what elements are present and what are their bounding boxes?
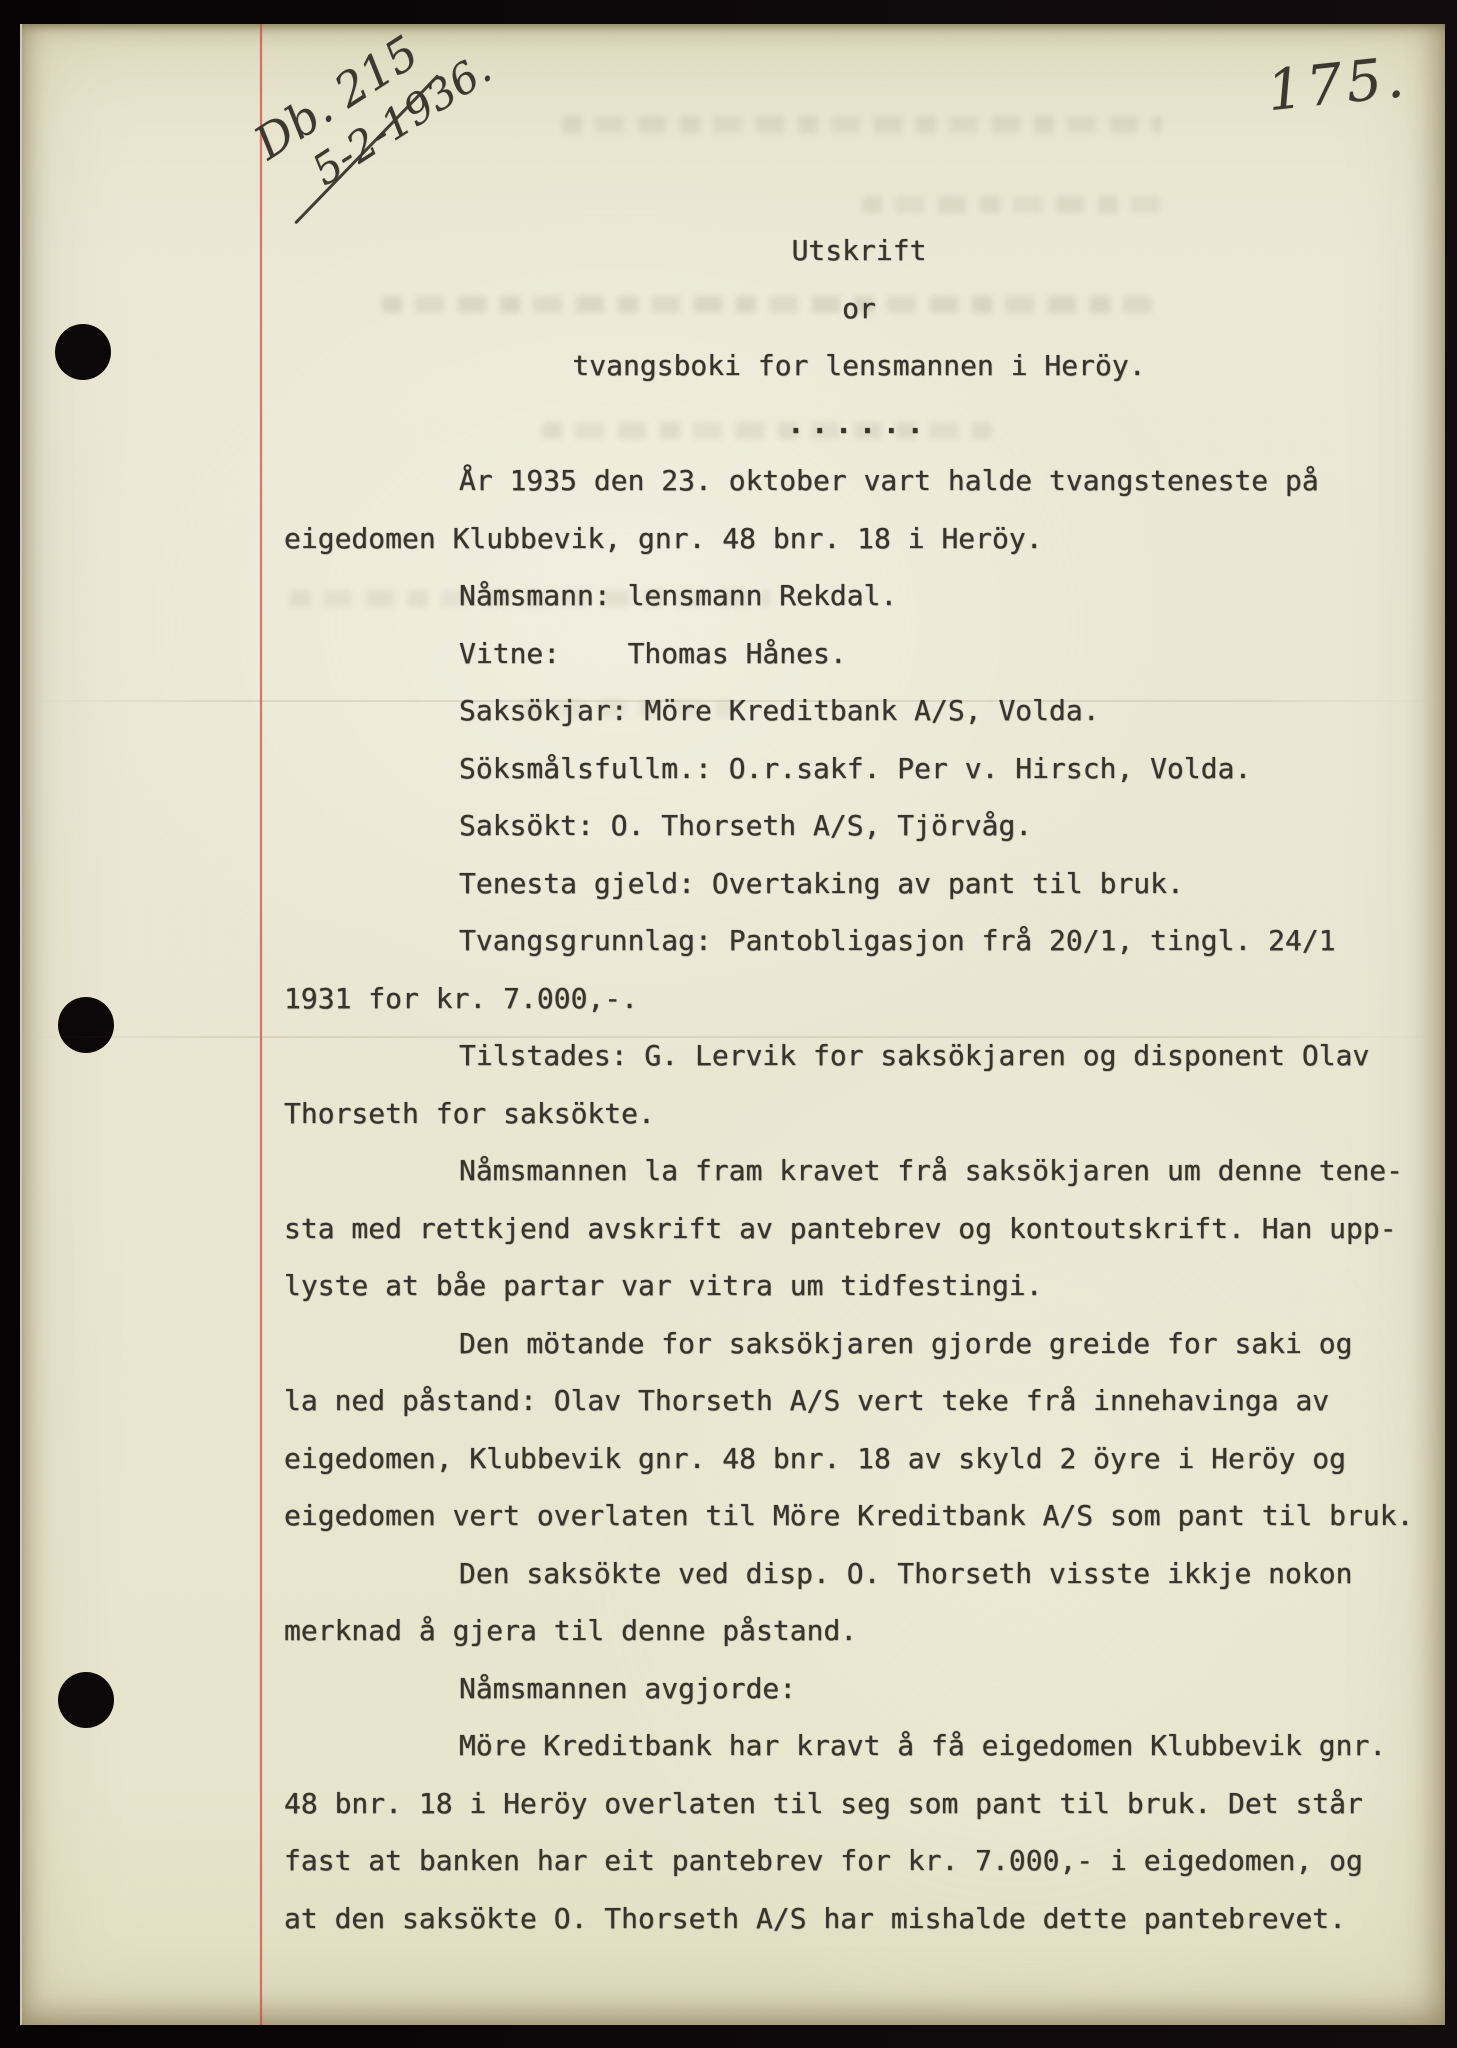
typed-line: Saksökjar: Möre Kreditbank A/S, Volda. — [284, 682, 1434, 740]
typed-line: Söksmålsfullm.: O.r.sakf. Per v. Hirsch,… — [284, 740, 1434, 798]
typed-line: År 1935 den 23. oktober vart halde tvang… — [284, 452, 1434, 510]
bleed-through-smudge — [562, 116, 1162, 133]
typed-line: fast at banken har eit pantebrev for kr.… — [284, 1832, 1434, 1890]
typed-line: Nåmsmann: lensmann Rekdal. — [284, 567, 1434, 625]
photo-background: Db. 215 5-2-1936. 175. Utskrift or tvang… — [0, 0, 1457, 2048]
separator-dots: ...... — [284, 395, 1434, 453]
typed-line: eigedomen vert overlaten til Möre Kredit… — [284, 1487, 1434, 1545]
title-subtitle: tvangsboki for lensmannen i Heröy. — [284, 337, 1434, 395]
punch-hole-bottom — [58, 1672, 114, 1728]
typed-line: merknad å gjera til denne påstand. — [284, 1602, 1434, 1660]
typed-line: Tenesta gjeld: Overtaking av pant til br… — [284, 855, 1434, 913]
typed-line: Saksökt: O. Thorseth A/S, Tjörvåg. — [284, 797, 1434, 855]
typed-line: Vitne: Thomas Hånes. — [284, 625, 1434, 683]
typed-line: Möre Kreditbank har kravt å få eigedomen… — [284, 1717, 1434, 1775]
typed-line: Tilstades: G. Lervik for saksökjaren og … — [284, 1027, 1434, 1085]
title-or: or — [284, 280, 1434, 338]
typed-line: sta med rettkjend avskrift av pantebrev … — [284, 1200, 1434, 1258]
typed-line: la ned påstand: Olav Thorseth A/S vert t… — [284, 1372, 1434, 1430]
typed-text: Utskrift or tvangsboki for lensmannen i … — [284, 222, 1434, 1947]
title-utskrift: Utskrift — [284, 222, 1434, 280]
document-page: Db. 215 5-2-1936. 175. Utskrift or tvang… — [20, 24, 1445, 2025]
typed-line: at den saksökte O. Thorseth A/S har mish… — [284, 1890, 1434, 1948]
typed-line: Nåmsmannen avgjorde: — [284, 1660, 1434, 1718]
typed-line: 1931 for kr. 7.000,-. — [284, 970, 1434, 1028]
punch-hole-middle — [58, 997, 114, 1053]
red-margin-rule — [260, 24, 262, 2025]
typed-line: lyste at båe partar var vitra um tidfest… — [284, 1257, 1434, 1315]
typed-line: eigedomen, Klubbevik gnr. 48 bnr. 18 av … — [284, 1430, 1434, 1488]
typed-line: Tvangsgrunnlag: Pantobligasjon frå 20/1,… — [284, 912, 1434, 970]
typed-line: Den mötande for saksökjaren gjorde greid… — [284, 1315, 1434, 1373]
typed-line: Nåmsmannen la fram kravet frå saksökjare… — [284, 1142, 1434, 1200]
typed-line: eigedomen Klubbevik, gnr. 48 bnr. 18 i H… — [284, 510, 1434, 568]
handwritten-page-number: 175. — [1264, 45, 1411, 124]
punch-hole-top — [55, 324, 111, 380]
bleed-through-smudge — [862, 196, 1162, 213]
typed-line: Den saksökte ved disp. O. Thorseth visst… — [284, 1545, 1434, 1603]
typed-line: 48 bnr. 18 i Heröy overlaten til seg som… — [284, 1775, 1434, 1833]
typed-line: Thorseth for saksökte. — [284, 1085, 1434, 1143]
